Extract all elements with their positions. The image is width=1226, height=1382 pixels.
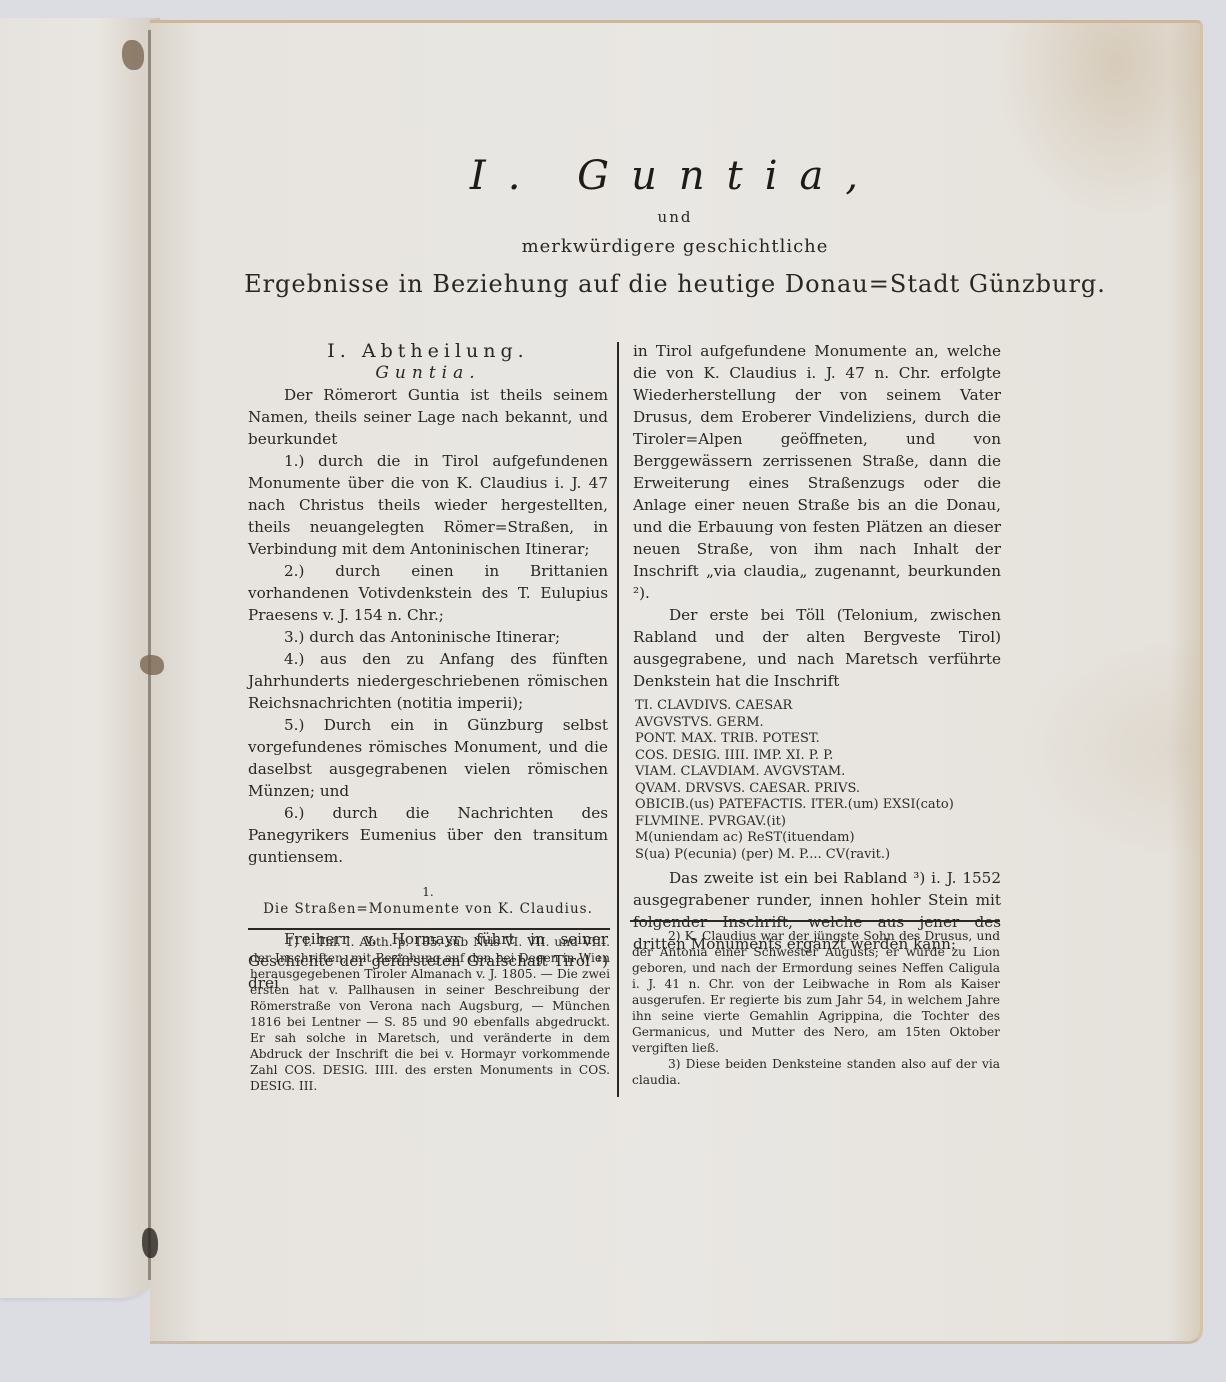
footnotes-right: 2) K. Claudius war der jüngste Sohn des … <box>632 928 1000 1088</box>
binding-thread-middle-icon <box>140 655 164 675</box>
subsection-number: 1. <box>248 884 608 900</box>
inscription-line: QVAM. DRVSVS. CAESAR. PRIVS. <box>635 781 1001 798</box>
section-heading: I. Abtheilung. <box>248 340 608 362</box>
list-item: 3.) durch das Antoninische Itinerar; <box>248 626 608 648</box>
inscription-line: S(ua) P(ecunia) (per) M. P.... CV(ravit.… <box>635 847 1001 864</box>
chapter-title: I. Guntia, <box>150 153 1200 199</box>
list-item: 1.) durch die in Tirol aufgefundenen Mon… <box>248 450 608 560</box>
footnote: 3) Diese beiden Denksteine standen also … <box>632 1056 1000 1088</box>
footnote-rule-left <box>248 928 610 930</box>
inscription-line: VIAM. CLAVDIAM. AVGVSTAM. <box>635 764 1001 781</box>
footnote: 1) I. Thl. I. Abth. p. 185. sub Nris VI.… <box>250 934 610 1094</box>
inscription-line: OBICIB.(us) PATEFACTIS. ITER.(um) EXSI(c… <box>635 797 1001 814</box>
left-text-column: I. Abtheilung. Guntia. Der Römerort Gunt… <box>248 340 608 994</box>
subsection-title: Die Straßen=Monumente von K. Claudius. <box>248 900 608 918</box>
section-subheading: Guntia. <box>248 362 608 384</box>
inscription-line: COS. DESIG. IIII. IMP. XI. P. P. <box>635 748 1001 765</box>
footnotes-left: 1) I. Thl. I. Abth. p. 185. sub Nris VI.… <box>250 934 610 1094</box>
column-divider <box>617 342 619 1097</box>
footnote: 2) K. Claudius war der jüngste Sohn des … <box>632 928 1000 1056</box>
paragraph: in Tirol aufgefundene Monumente an, welc… <box>633 340 1001 604</box>
inscription-line: PONT. MAX. TRIB. POTEST. <box>635 731 1001 748</box>
list-item: 2.) durch einen in Brittanien vorhandene… <box>248 560 608 626</box>
subtitle-line-1: merkwürdigere geschichtliche <box>150 236 1200 257</box>
list-item: 4.) aus den zu Anfang des fünften Jahrhu… <box>248 648 608 714</box>
facing-left-page <box>0 18 160 1298</box>
latin-inscription: TI. CLAVDIVS. CAESAR AVGVSTVS. GERM. PON… <box>633 698 1001 863</box>
inscription-line: M(uniendam ac) ReST(ituendam) <box>635 830 1001 847</box>
title-connector: und <box>150 208 1200 226</box>
inscription-line: TI. CLAVDIVS. CAESAR <box>635 698 1001 715</box>
subtitle-line-2: Ergebnisse in Beziehung auf die heutige … <box>150 270 1200 298</box>
binding-hole-bottom-icon <box>142 1228 158 1258</box>
list-item: 5.) Durch ein in Günzburg selbst vorgefu… <box>248 714 608 802</box>
footnote-rule-right <box>630 920 1000 922</box>
intro-paragraph: Der Römerort Guntia ist theils seinem Na… <box>248 384 608 450</box>
inscription-line: AVGVSTVS. GERM. <box>635 715 1001 732</box>
binding-thread-top-icon <box>122 40 144 70</box>
right-text-column: in Tirol aufgefundene Monumente an, welc… <box>633 340 1001 955</box>
list-item: 6.) durch die Nachrichten des Panegyrike… <box>248 802 608 868</box>
paragraph: Der erste bei Töll (Telonium, zwischen R… <box>633 604 1001 692</box>
inscription-line: FLVMINE. PVRGAV.(it) <box>635 814 1001 831</box>
